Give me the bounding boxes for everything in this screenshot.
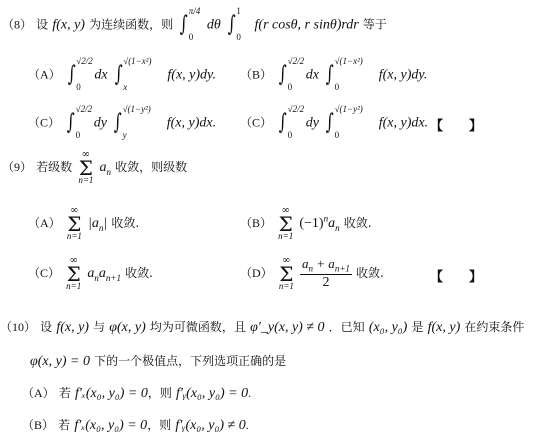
option-label: （B）	[240, 216, 272, 230]
integrand: f(x, y)dx.	[379, 116, 428, 131]
question-9-option-c[interactable]: （C） ∞Σn=1 anan+1 收敛.	[28, 256, 153, 291]
option-label: （A）	[28, 216, 61, 230]
option-suffix: 收敛.	[356, 266, 384, 280]
option-expr: anan+1	[87, 266, 121, 281]
text: .	[248, 386, 251, 400]
integral-sign-icon: ∫	[228, 14, 236, 36]
option-expr: |an|	[88, 216, 107, 231]
question-10-number: （10）	[0, 320, 36, 334]
math: f′ᵧ(x₀, y₀) ≠ 0	[175, 418, 245, 433]
summation-icon: ∞Σn=1	[279, 256, 294, 291]
text: 若	[59, 386, 71, 400]
question-9-option-a[interactable]: （A） ∞Σn=1 |an| 收敛.	[28, 206, 139, 241]
summation-icon: ∞Σn=1	[66, 256, 81, 291]
question-9-text-end: 收敛，则级数	[115, 160, 187, 174]
option-label: （A）	[22, 386, 55, 400]
text: ．已知	[329, 320, 365, 334]
text: ，则	[147, 418, 171, 432]
math: (x₀, y₀)	[369, 320, 408, 335]
option-label: （C）	[28, 266, 60, 280]
question-8-answer-bracket[interactable]: 【 】	[430, 115, 482, 134]
summation-icon: ∞Σn=1	[78, 150, 93, 185]
outer-limits: π/40	[189, 10, 203, 40]
math: f′ₓ(x₀, y₀) = 0	[74, 418, 147, 433]
option-label: （B）	[240, 68, 272, 82]
math: f′ᵧ(x₀, y₀) = 0	[176, 386, 248, 401]
integral-sign-icon: ∫	[326, 112, 334, 134]
option-suffix: 收敛.	[111, 216, 139, 230]
integral-sign-icon: ∫	[114, 112, 122, 134]
question-8-dtheta: dθ	[207, 18, 221, 33]
question-8-option-b[interactable]: （B） ∫√2/20 dx ∫√(1−x²)0 f(x, y)dy.	[240, 60, 427, 90]
option-suffix: 收敛.	[125, 266, 153, 280]
question-9-text-intro: 若级数	[36, 160, 72, 174]
outer-limits: √2/20	[76, 60, 90, 90]
option-expr: (−1)nan	[299, 216, 339, 231]
text: 是	[411, 320, 423, 334]
option-fraction: an + an+12	[300, 256, 352, 291]
integral-sign-icon: ∫	[326, 64, 334, 86]
question-8-func: f(x, y)	[52, 18, 85, 33]
integral-sign-icon: ∫	[68, 64, 76, 86]
question-10-line-1: （10） 设 f(x, y) 与 φ(x, y) 均为可微函数，且 φ′_y(x…	[0, 318, 524, 336]
integral-sign-icon: ∫	[115, 64, 123, 86]
outer-differential: dy	[94, 116, 107, 131]
inner-limits: √(1−x²)x	[123, 60, 163, 90]
question-8-integrand: f(r cosθ, r sinθ)rdr	[255, 18, 359, 33]
question-9-number: （9）	[2, 160, 32, 174]
option-label: （C）	[240, 116, 272, 130]
option-label: （C）	[28, 116, 60, 130]
outer-limits: √2/20	[288, 60, 302, 90]
text: .	[246, 418, 249, 432]
inner-limits: 10	[236, 10, 250, 40]
integrand: f(x, y)dx.	[167, 116, 216, 131]
inner-limits: √(1−y²)y	[123, 108, 163, 138]
question-8-option-a[interactable]: （A） ∫√2/20 dx ∫√(1−x²)x f(x, y)dy.	[28, 60, 216, 90]
question-8-option-c[interactable]: （C） ∫√2/20 dy ∫√(1−y²)y f(x, y)dx.	[28, 108, 216, 138]
option-label: （A）	[28, 68, 61, 82]
inner-limits: √(1−y²)0	[335, 108, 375, 138]
option-suffix: 收敛.	[344, 216, 372, 230]
integral-sign-icon: ∫	[67, 112, 75, 134]
text: 下的一个极值点，下列选项正确的是	[94, 354, 286, 368]
series-term: an	[100, 160, 112, 175]
integral-sign-icon: ∫	[279, 64, 287, 86]
integrand: f(x, y)dy.	[167, 68, 216, 83]
text: 设	[40, 320, 52, 334]
outer-limits: √2/20	[76, 108, 90, 138]
question-10-option-b[interactable]: （B） 若 f′ₓ(x₀, y₀) = 0，则 f′ᵧ(x₀, y₀) ≠ 0.	[22, 416, 249, 434]
outer-differential: dx	[94, 68, 107, 83]
question-8-text-mid: 为连续函数，则	[89, 18, 173, 32]
question-10-line-2: φ(x, y) = 0 下的一个极值点，下列选项正确的是	[30, 352, 286, 370]
math: φ′_y(x, y) ≠ 0	[250, 320, 324, 335]
integral-sign-icon: ∫	[279, 112, 287, 134]
question-9-option-b[interactable]: （B） ∞Σn=1 (−1)nan 收敛.	[240, 206, 372, 241]
text: 与	[93, 320, 105, 334]
question-10-option-a[interactable]: （A） 若 f′ₓ(x₀, y₀) = 0，则 f′ᵧ(x₀, y₀) = 0.	[22, 384, 251, 402]
question-9-option-d[interactable]: （D） ∞Σn=1 an + an+12 收敛.	[240, 256, 384, 291]
text: 在约束条件	[464, 320, 524, 334]
outer-differential: dy	[306, 116, 319, 131]
math: φ(x, y) = 0	[30, 354, 90, 369]
outer-differential: dx	[306, 68, 319, 83]
math: f′ₓ(x₀, y₀) = 0	[75, 386, 148, 401]
outer-limits: √2/20	[288, 108, 302, 138]
inner-limits: √(1−x²)0	[335, 60, 375, 90]
question-8-option-d[interactable]: （C） ∫√2/20 dy ∫√(1−y²)0 f(x, y)dx.	[240, 108, 428, 138]
option-label: （B）	[22, 418, 54, 432]
question-8-number: （8）	[2, 18, 32, 32]
integrand: f(x, y)dy.	[379, 68, 428, 83]
text: ，则	[148, 386, 172, 400]
question-8-text-end: 等于	[363, 18, 387, 32]
integral-sign-icon: ∫	[180, 14, 188, 36]
question-8-stem: （8） 设 f(x, y) 为连续函数，则 ∫π/40 dθ ∫10 f(r c…	[2, 10, 387, 40]
text: 若	[58, 418, 70, 432]
text: 均为可微函数，且	[150, 320, 246, 334]
question-9-answer-bracket[interactable]: 【 】	[430, 266, 482, 285]
option-label: （D）	[240, 266, 273, 280]
math: f(x, y)	[428, 320, 461, 335]
question-9-stem: （9） 若级数 ∞Σn=1 an 收敛，则级数	[2, 150, 187, 185]
summation-icon: ∞Σn=1	[67, 206, 82, 241]
summation-icon: ∞Σn=1	[278, 206, 293, 241]
math: φ(x, y)	[109, 320, 146, 335]
question-8-text-intro: 设	[36, 18, 48, 32]
math: f(x, y)	[56, 320, 89, 335]
